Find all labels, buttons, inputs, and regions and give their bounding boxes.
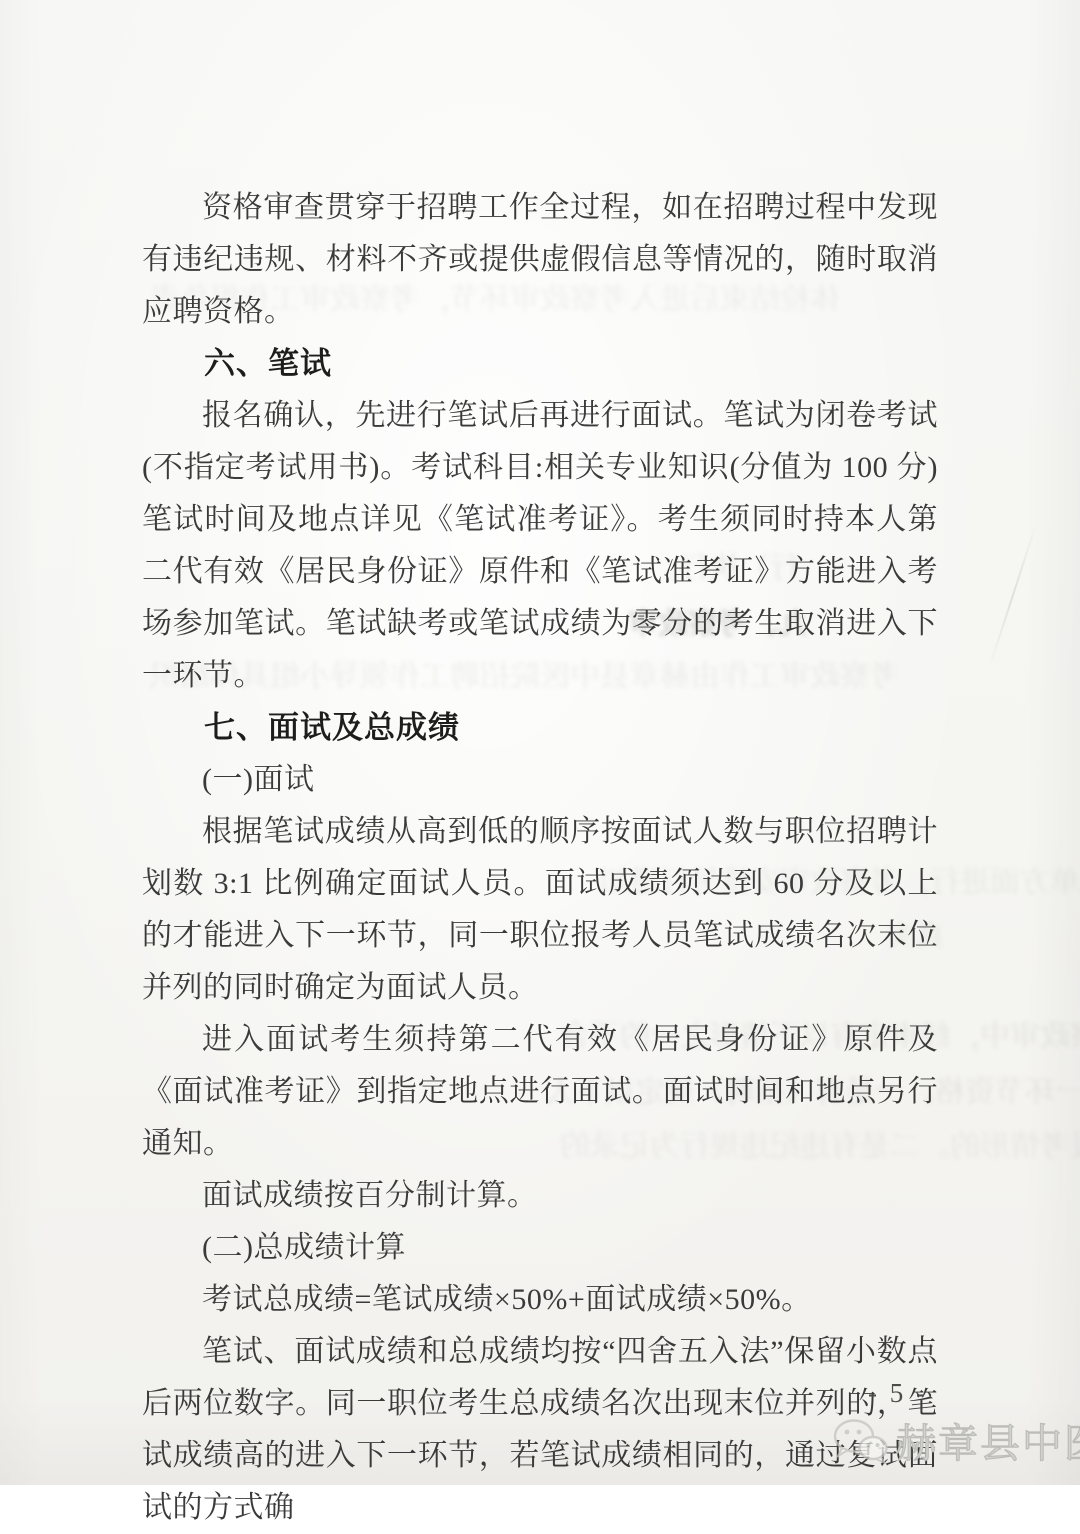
footer-watermark: 赫章县中医院: [832, 1412, 1080, 1469]
document-body: 资格审查贯穿于招聘工作全过程，如在招聘过程中发现有违纪违规、材料不齐或提供虚假信…: [142, 182, 938, 1485]
scanned-document-page: 体检结束后进入考察政审环节，考察政审工作组负责行）执行。九、考察政审考察政审工作…: [0, 0, 1080, 1485]
paragraph-9: 考试总成绩=笔试成绩×50%+面试成绩×50%。: [142, 1274, 938, 1326]
paragraph-0: 资格审查贯穿于招聘工作全过程，如在招聘过程中发现有违纪违规、材料不齐或提供虚假信…: [142, 182, 938, 338]
heading-1: 六、笔试: [142, 338, 938, 390]
paragraph-5: 根据笔试成绩从高到低的顺序按面试人数与职位招聘计划数 3:1 比例确定面试人员。…: [142, 806, 938, 1014]
page-number: - 5 -: [868, 1378, 928, 1409]
heading-3: 七、面试及总成绩: [142, 702, 938, 754]
paragraph-6: 进入面试考生须持第二代有效《居民身份证》原件及《面试准考证》到指定地点进行面试。…: [142, 1014, 938, 1170]
paper-crease: [989, 523, 1037, 666]
paragraph-7: 面试成绩按百分制计算。: [142, 1170, 938, 1222]
subheading-4: (一)面试: [142, 754, 938, 806]
paragraph-2: 报名确认，先进行笔试后再进行面试。笔试为闭卷考试(不指定考试用书)。考试科目:相…: [142, 390, 938, 702]
paragraph-10: 笔试、面试成绩和总成绩均按“四舍五入法”保留小数点后两位数字。同一职位考生总成绩…: [142, 1326, 938, 1485]
wechat-logo-icon: [832, 1418, 888, 1464]
footer-brand-text: 赫章县中医院: [896, 1412, 1080, 1469]
subheading-8: (二)总成绩计算: [142, 1222, 938, 1274]
